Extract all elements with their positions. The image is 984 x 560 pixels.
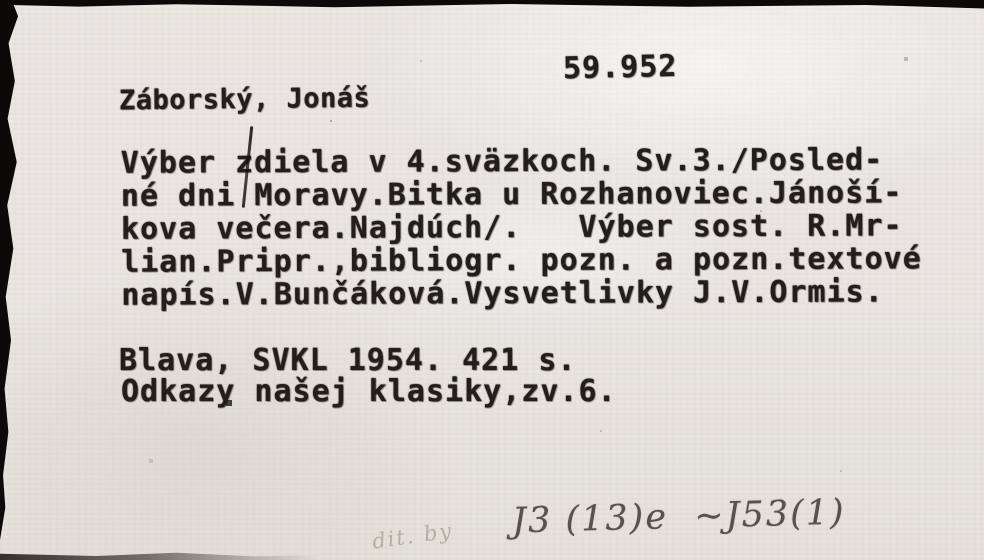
scan-edge-top	[0, 0, 984, 10]
body-line: né dni Moravy.Bitka u Rozhanoviec.Jánoší…	[121, 176, 922, 212]
faint-pencil-note: dit. by	[371, 518, 455, 553]
imprint-line: Blava, SVKL 1954. 421 s.	[119, 343, 576, 378]
title-statement-block: Výber zdiela v 4.sväzkoch. Sv.3./Posled-…	[121, 143, 922, 311]
handwritten-shelfmarks: J3 (13)e ~J53(1)	[512, 493, 847, 542]
body-line: kova večera.Najdúch/. Výber sost. R.Mr-	[121, 209, 922, 245]
paper-specks	[0, 0, 2, 2]
body-line: lian.Pripr.,bibliogr. pozn. a pozn.texto…	[121, 242, 922, 278]
body-line: napís.V.Bunčáková.Vysvetlivky J.V.Ormis.	[121, 275, 922, 311]
series-line: Odkazy našej klasiky,zv.6.	[121, 374, 617, 409]
scan-edge-left	[0, 0, 19, 540]
author-heading: Záborský, Jonáš	[119, 83, 371, 117]
scan-smudge-bottom	[0, 551, 320, 560]
body-line: Výber zdiela v 4.sväzkoch. Sv.3./Posled-	[121, 143, 922, 179]
call-number: 59.952	[563, 49, 678, 86]
scanned-catalog-card: 59.952 Záborský, Jonáš Výber zdiela v 4.…	[0, 0, 984, 560]
